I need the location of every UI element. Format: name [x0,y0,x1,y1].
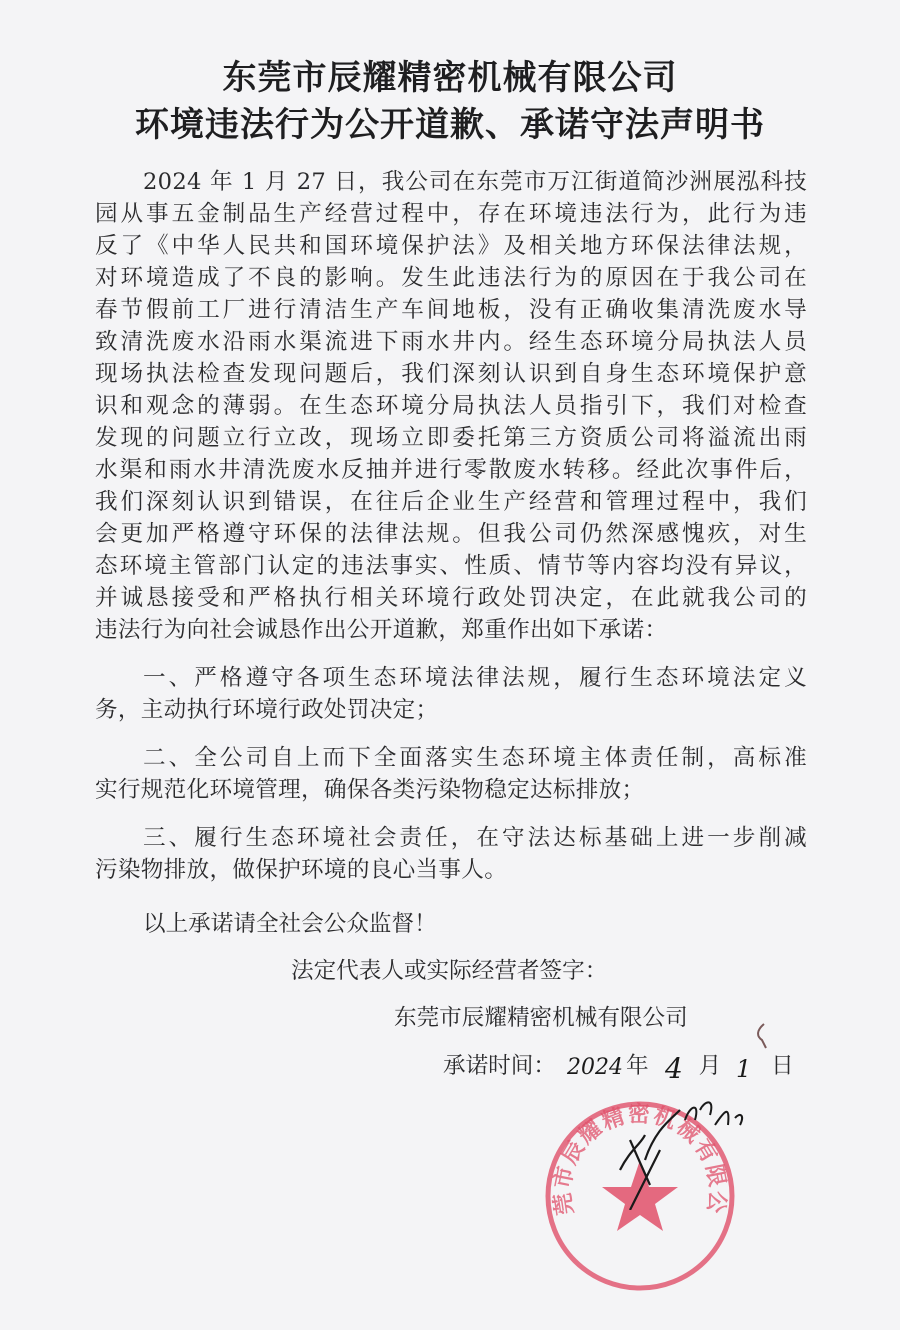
svg-text:东莞市辰耀精密机械有限公司: 东莞市辰耀精密机械有限公司 [542,1098,730,1217]
body-line: 致清洗废水沿雨水渠流进下雨水井内。经生态环境分局执法人员 [95,326,807,358]
closing-statement: 以上承诺请全社会公众监督！ [143,908,437,940]
date-year-unit: 年 [626,1053,649,1079]
company-name-signoff: 东莞市辰耀精密机械有限公司 [394,1002,688,1034]
body-line: 春节假前工厂进行清洁生产车间地板，没有正确收集清洗废水导 [95,294,807,326]
commitment-item-1: 一、严格遵守各项生态环境法律法规，履行生态环境法定义 [143,662,807,694]
handwritten-signature-icon [590,1090,810,1210]
body-line: 违法行为向社会诚恳作出公开道歉，郑重作出如下承诺： [95,614,807,646]
date-month-unit: 月 [699,1053,722,1079]
statement-document: 东莞市辰耀精密机械有限公司 环境违法行为公开道歉、承诺守法声明书 2024 年 … [0,0,900,1330]
company-seal-icon: 东莞市辰耀精密机械有限公司 [542,1098,738,1294]
commitment-item-3-cont: 污染物排放，做保护环境的良心当事人。 [95,854,807,886]
body-line: 2024 年 1 月 27 日，我公司在东莞市万江街道简沙洲展泓科技 [143,166,807,198]
seal-text: 东莞市辰耀精密机械有限公司 [542,1098,730,1217]
statement-title: 环境违法行为公开道歉、承诺守法声明书 [0,97,900,146]
date-label: 承诺时间： [443,1053,556,1079]
body-line: 我们深刻认识到错误，在往后企业生产经营和管理过程中，我们 [95,486,807,518]
body-line: 识和观念的薄弱。在生态环境分局执法人员指引下，我们对检查 [95,390,807,422]
body-line: 水渠和雨水井清洗废水反抽并进行零散废水转移。经此次事件后， [95,454,807,486]
body-line: 对环境造成了不良的影响。发生此违法行为的原因在于我公司在 [95,262,807,294]
body-line: 园从事五金制品生产经营过程中，存在环境违法行为，此行为违 [95,198,807,230]
date-day-unit: 日 [771,1053,794,1079]
commitment-item-3: 三、履行生态环境社会责任，在守法达标基础上进一步削减 [143,822,807,854]
body-line: 并诚恳接受和严格执行相关环境行政处罚决定，在此就我公司的 [95,582,807,614]
body-line: 会更加严格遵守环保的法律法规。但我公司仍然深感愧疚，对生 [95,518,807,550]
company-title: 东莞市辰耀精密机械有限公司 [0,50,900,99]
body-line: 发现的问题立行立改，现场立即委托第三方资质公司将溢流出雨 [95,422,807,454]
signature-label: 法定代表人或实际经营者签字： [291,955,607,987]
body-line: 态环境主管部门认定的违法事实、性质、情节等内容均没有异议， [95,550,807,582]
commitment-item-2-cont: 实行规范化环境管理，确保各类污染物稳定达标排放； [95,774,807,806]
body-line: 现场执法检查发现问题后，我们深刻认识到自身生态环境保护意 [95,358,807,390]
commitment-item-1-cont: 务，主动执行环境行政处罚决定； [95,694,807,726]
commitment-date: 承诺时间：年月日 [443,1050,794,1082]
commitment-item-2: 二、全公司自上而下全面落实生态环境主体责任制，高标准 [143,742,807,774]
body-line: 反了《中华人民共和国环境保护法》及相关地方环保法律法规， [95,230,807,262]
pen-mark-icon [752,1022,772,1052]
